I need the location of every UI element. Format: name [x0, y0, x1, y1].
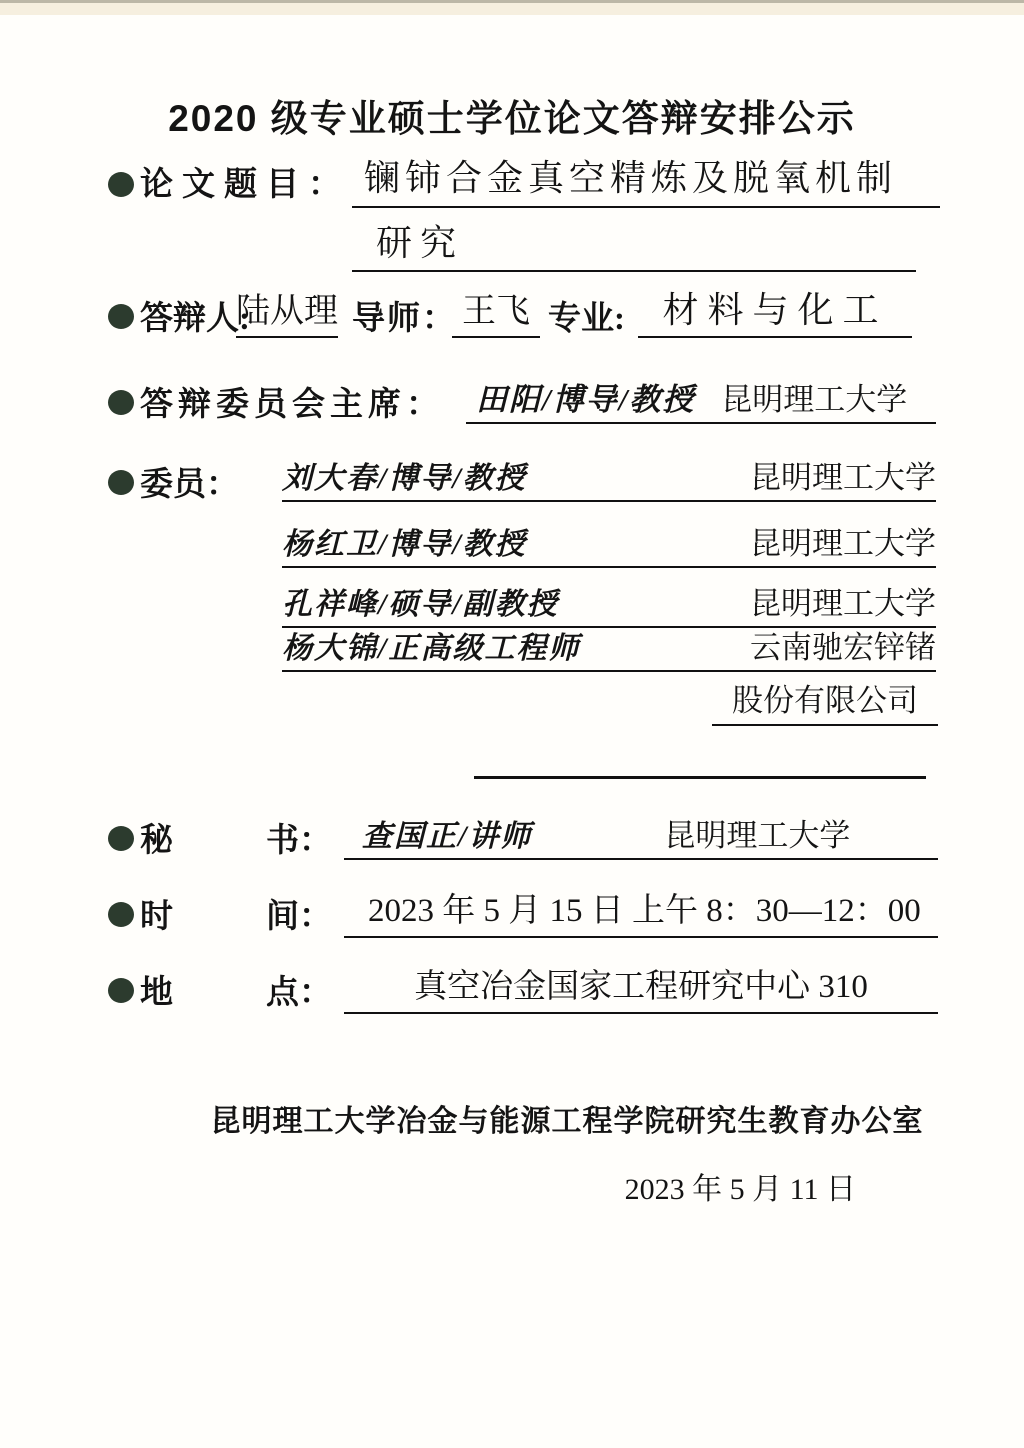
committee-member-row: 杨红卫/博导/教授 昆明理工大学 — [282, 518, 936, 568]
bullet-marker — [108, 390, 134, 415]
thesis-title-label: 论文题目： — [140, 158, 350, 205]
bullet-marker — [108, 470, 134, 495]
secretary-value: 查国正/讲师 — [344, 811, 532, 855]
member-name: 杨大锦/正高级工程师 — [282, 623, 580, 667]
major-value: 材料与化工 — [638, 284, 912, 338]
secretary-label-left: 秘 — [140, 814, 173, 861]
bullet-marker — [108, 826, 134, 851]
footer-office: 昆明理工大学冶金与能源工程学院研究生教育办公室 — [110, 1096, 1024, 1140]
supervisor-label: 导师： — [352, 292, 457, 339]
thesis-title-value-line1: 镧铈合金真空精炼及脱氧机制 — [352, 150, 940, 208]
secretary-org: 昆明理工大学 — [664, 810, 850, 855]
bullet-marker — [108, 978, 134, 1003]
bullet-marker — [108, 902, 134, 927]
footer-date: 2023 年 5 月 11 日 — [625, 1164, 856, 1208]
member-org-line2: 股份有限公司 — [712, 678, 938, 726]
member-org: 昆明理工大学 — [750, 518, 936, 563]
scan-edge-band — [0, 0, 1024, 15]
venue-value: 真空冶金国家工程研究中心 310 — [344, 962, 938, 1014]
chair-org: 昆明理工大学 — [721, 374, 907, 419]
bullet-marker — [108, 172, 134, 197]
secretary-label-right: 书： — [266, 814, 332, 861]
chair-value: 田阳/博导/教授 — [466, 374, 695, 419]
member-name: 孔祥峰/硕导/副教授 — [282, 579, 559, 623]
member-name: 刘大春/博导/教授 — [282, 453, 527, 497]
venue-label: 地 点： — [140, 966, 332, 1013]
committee-member-row: 刘大春/博导/教授 昆明理工大学 — [282, 452, 936, 502]
thesis-title-value-line2: 研究 — [352, 216, 916, 272]
committee-member-row: 孔祥峰/硕导/副教授 昆明理工大学 — [282, 580, 936, 628]
secretary-label: 秘 书： — [140, 814, 332, 861]
venue-label-left: 地 — [140, 966, 173, 1013]
committee-label: 委员： — [140, 458, 239, 505]
secretary-line: 查国正/讲师 昆明理工大学 — [344, 810, 938, 860]
major-label: 专业: — [548, 292, 625, 339]
time-value: 2023 年 5 月 15 日 上午 8：30—12：00 — [344, 886, 938, 938]
supervisor-value: 王飞 — [452, 288, 540, 338]
defender-label: 答辩人: — [140, 292, 250, 339]
time-label-left: 时 — [140, 890, 173, 937]
page-title: 2020 级专业硕士学位论文答辩安排公示 — [0, 88, 1024, 142]
member-org: 云南驰宏锌锗 — [750, 622, 936, 667]
bullet-marker — [108, 304, 134, 329]
chair-label: 答辩委员会主席： — [140, 378, 444, 425]
member-org: 昆明理工大学 — [750, 452, 936, 497]
venue-label-right: 点： — [266, 966, 332, 1013]
chair-line: 田阳/博导/教授 昆明理工大学 — [466, 372, 936, 424]
defender-value: 陆从理 — [236, 288, 338, 338]
signature-blank-line — [474, 746, 926, 779]
announcement-page: 2020 级专业硕士学位论文答辩安排公示 论文题目： 镧铈合金真空精炼及脱氧机制… — [0, 0, 1024, 1448]
member-org: 昆明理工大学 — [750, 578, 936, 623]
time-label: 时 间： — [140, 890, 332, 937]
member-name: 杨红卫/博导/教授 — [282, 519, 527, 563]
committee-member-row: 杨大锦/正高级工程师 云南驰宏锌锗 — [282, 624, 936, 672]
time-label-right: 间： — [266, 890, 332, 937]
